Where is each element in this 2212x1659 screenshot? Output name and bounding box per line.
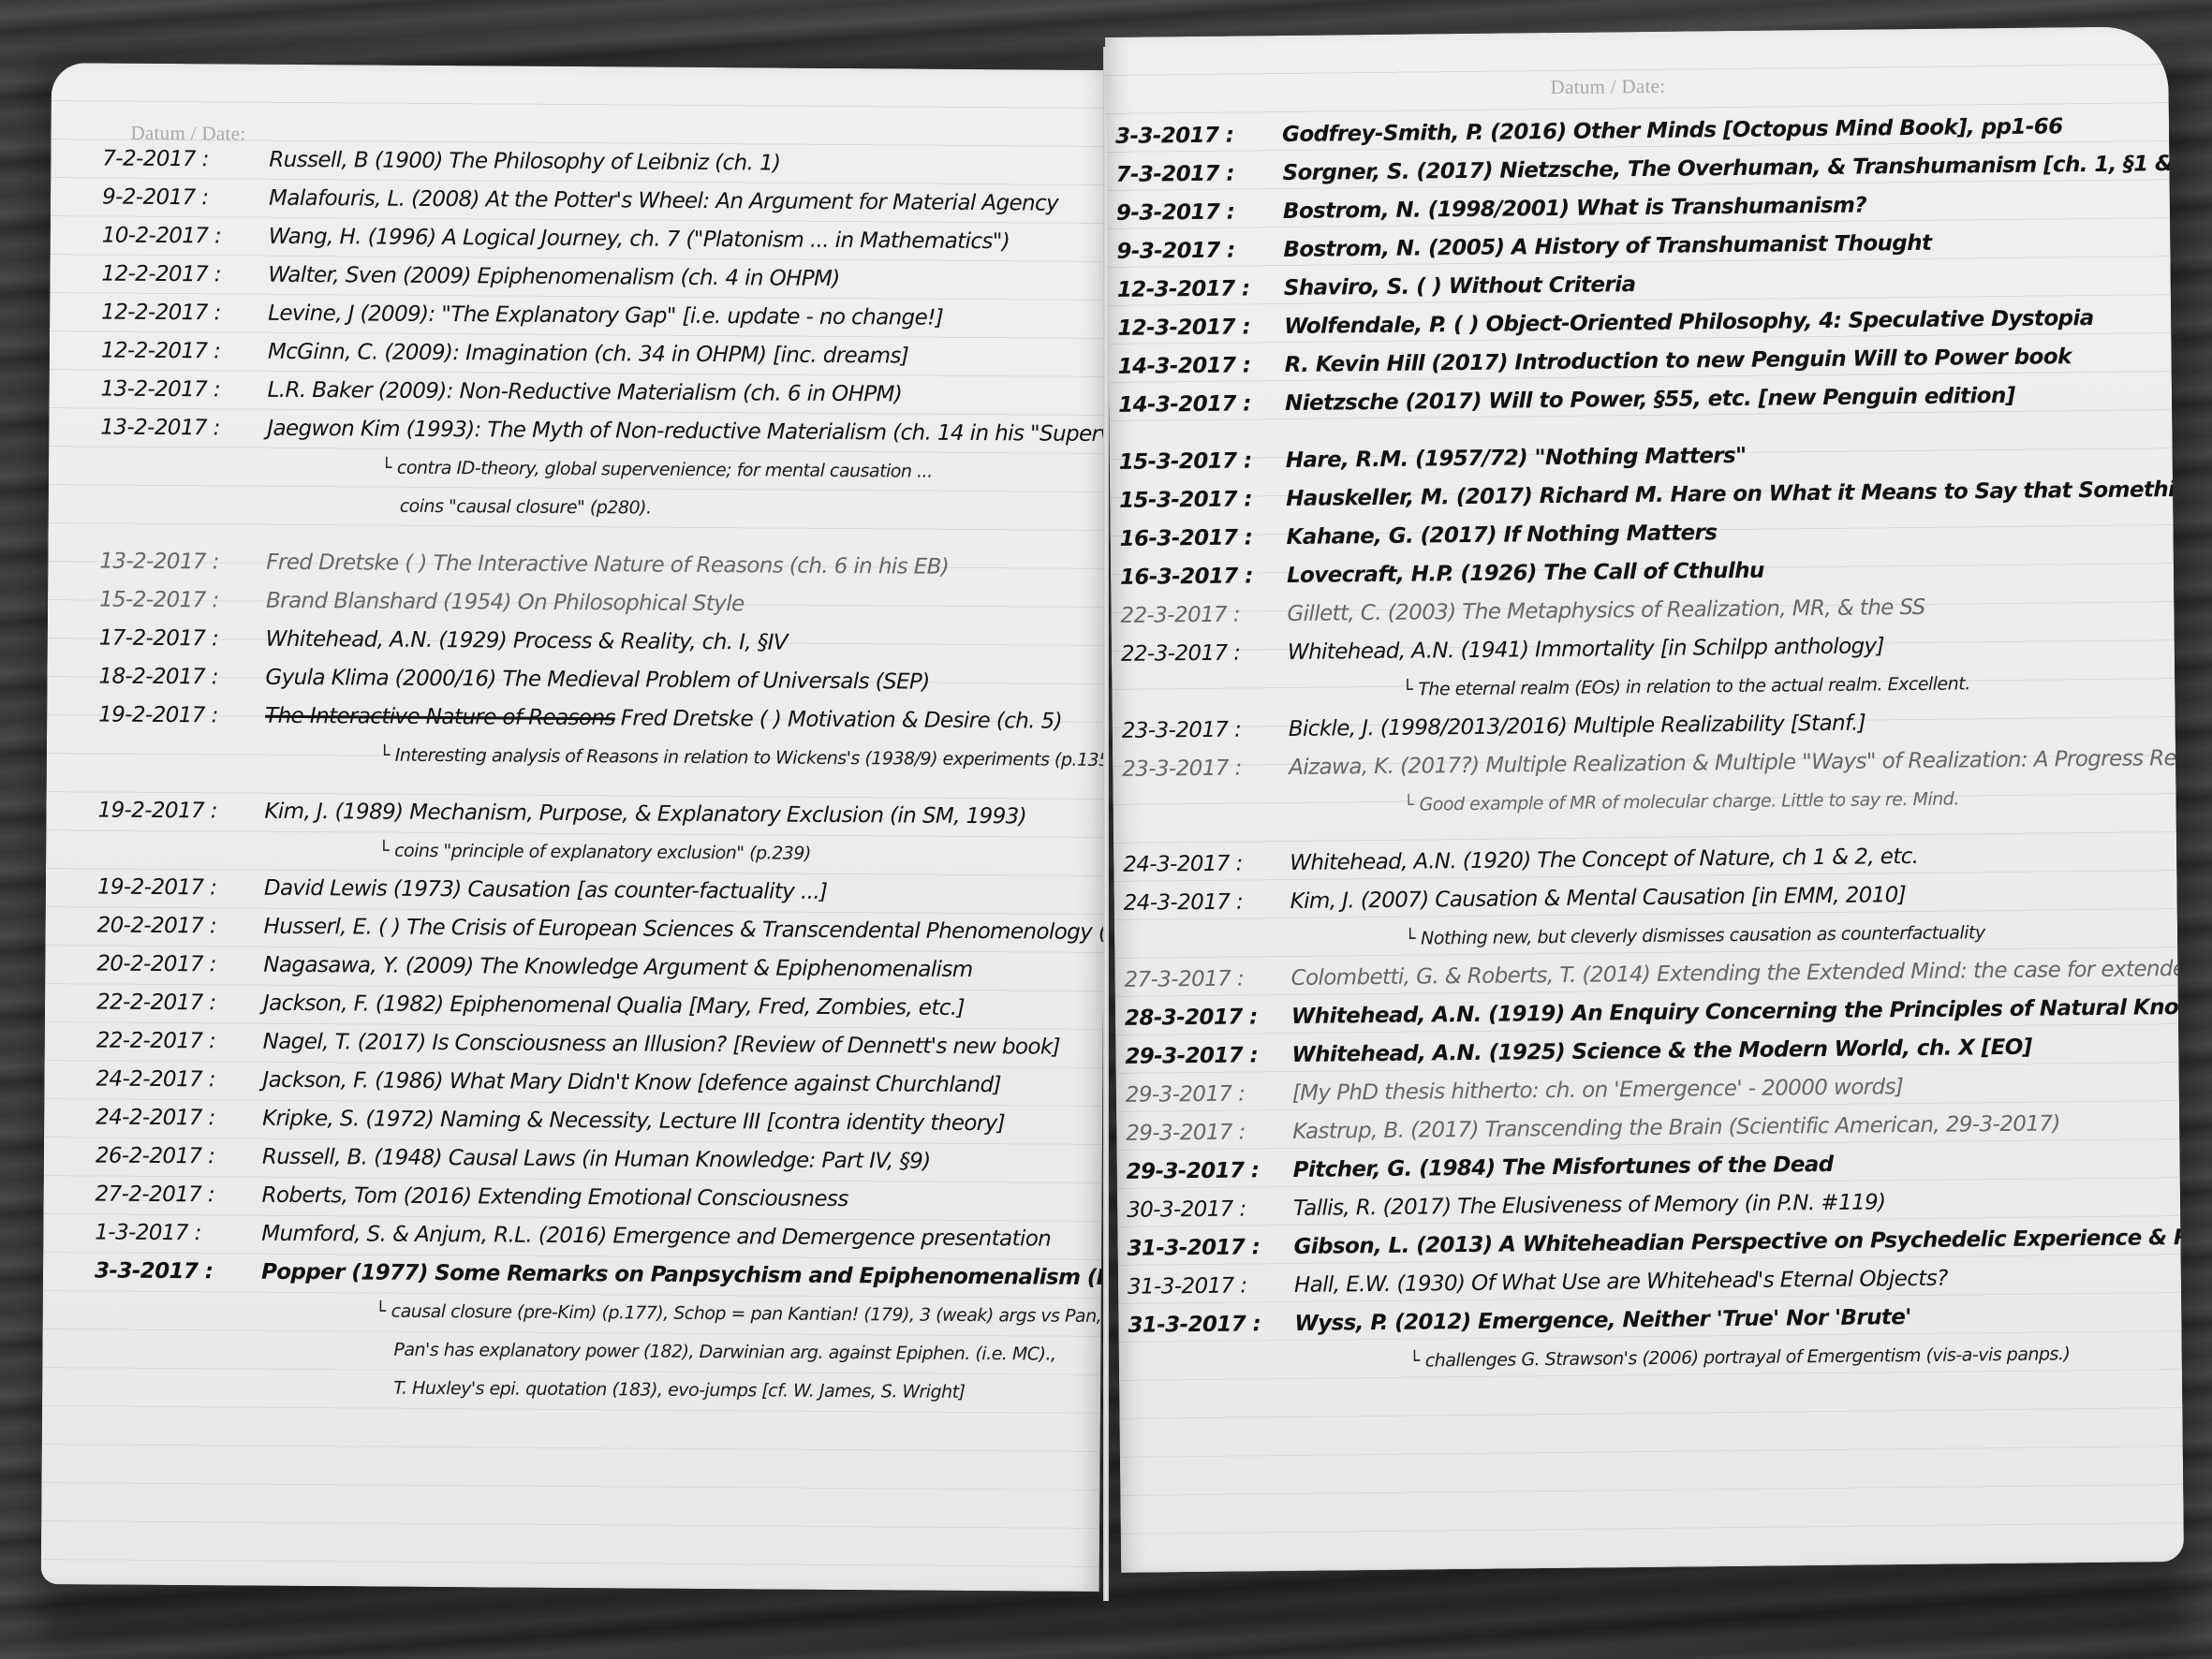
entry-date: 12-3-2017 : — [1117, 270, 1284, 310]
corner-arrow-icon: └ — [379, 745, 390, 766]
entry-citation: Bostrom, N. (1998/2001) What is Transhum… — [1283, 193, 1866, 224]
entry-note: T. Huxley's epi. quotation (183), evo-ju… — [94, 1367, 1084, 1412]
note-text: coins "principle of explanatory exclusio… — [394, 841, 811, 864]
entry-date: 22-3-2017 : — [1120, 595, 1287, 636]
notebook-right-page: Datum / Date: 3-3-2017 :Godfrey-Smith, P… — [1105, 26, 2184, 1573]
entry-date: 23-3-2017 : — [1122, 711, 1289, 751]
entry-citation: R. Kevin Hill (2017) Introduction to new… — [1285, 345, 2072, 377]
note-text: The eternal realm (EOs) in relation to t… — [1418, 673, 1970, 699]
entry-date: 7-2-2017 : — [102, 139, 269, 179]
struck-out-text: The Interactive Nature of Reasons — [265, 704, 615, 731]
note-text: coins "causal closure" (p280). — [400, 496, 652, 519]
notebook-left-page: Datum / Date: 7-2-2017 :Russell, B (1900… — [41, 63, 1110, 1592]
entry-citation: McGinn, C. (2009): Imagination (ch. 34 i… — [268, 340, 909, 369]
entry-date: 9-3-2017 : — [1116, 193, 1283, 233]
entry-citation: Kim, J. (2007) Causation & Mental Causat… — [1290, 883, 1907, 914]
entry-citation: Whitehead, A.N. (1941) Immortality [in S… — [1288, 634, 1884, 665]
date-header: Datum / Date: — [1550, 75, 1665, 99]
entry-citation: Gyula Klima (2000/16) The Medieval Probl… — [265, 666, 929, 695]
corner-arrow-icon: └ — [1402, 680, 1412, 700]
entry-citation: Hall, E.W. (1930) Of What Use are Whiteh… — [1294, 1267, 1948, 1298]
entry-date: 3-3-2017 : — [1115, 116, 1282, 156]
log-entry: 19-2-2017 :The Interactive Nature of Rea… — [98, 696, 1088, 741]
entry-date: 31-3-2017 : — [1128, 1267, 1294, 1307]
entry-citation: Kahane, G. (2017) If Nothing Matters — [1286, 521, 1717, 550]
entry-citation: Brand Blanshard (1954) On Philosophical … — [266, 589, 745, 617]
entry-citation: Russell, B. (1948) Causal Laws (in Human… — [262, 1145, 931, 1174]
note-text: Good example of MR of molecular charge. … — [1419, 788, 1959, 815]
entry-date: 19-2-2017 : — [97, 791, 264, 830]
entry-date: 3-3-2017 : — [95, 1252, 261, 1291]
entry-citation: Wolfendale, P. ( ) Object-Oriented Philo… — [1284, 306, 2094, 339]
corner-arrow-icon: └ — [376, 1301, 386, 1322]
entry-date: 29-3-2017 : — [1125, 1036, 1291, 1077]
entry-date: 23-3-2017 : — [1122, 749, 1289, 789]
entry-citation: Wang, H. (1996) A Logical Journey, ch. 7… — [269, 225, 1010, 255]
corner-arrow-icon: └ — [1405, 929, 1415, 949]
entry-citation: Gillett, C. (2003) The Metaphysics of Re… — [1287, 595, 1924, 626]
entry-date: 29-3-2017 : — [1126, 1075, 1292, 1115]
entry-date: 27-2-2017 : — [95, 1175, 261, 1214]
entry-date: 15-3-2017 : — [1119, 442, 1286, 482]
entry-date: 9-3-2017 : — [1116, 231, 1283, 272]
note-text: Nothing new, but cleverly dismisses caus… — [1421, 922, 1985, 948]
entry-date: 22-2-2017 : — [96, 1021, 263, 1061]
entry-citation: Gibson, L. (2013) A Whiteheadian Perspec… — [1293, 1223, 2184, 1259]
entry-citation: Wyss, P. (2012) Emergence, Neither 'True… — [1294, 1305, 1911, 1336]
entry-citation: Kastrup, B. (2017) Transcending the Brai… — [1292, 1111, 2060, 1144]
log-entry: 13-2-2017 :Jaegwon Kim (1993): The Myth … — [100, 408, 1090, 453]
entry-citation: Russell, B (1900) The Philosophy of Leib… — [269, 148, 780, 176]
entry-date: 24-2-2017 : — [96, 1098, 262, 1138]
entry-citation: Sorgner, S. (2017) Nietzsche, The Overhu… — [1282, 151, 2184, 185]
entry-list: 7-2-2017 :Russell, B (1900) The Philosop… — [42, 139, 1109, 1413]
entry-date: 24-3-2017 : — [1123, 883, 1290, 923]
entry-citation: [My PhD thesis hitherto: ch. on 'Emergen… — [1292, 1075, 1904, 1106]
entry-citation: David Lewis (1973) Causation [as counter… — [264, 876, 828, 904]
entry-date: 19-2-2017 : — [97, 868, 264, 907]
entry-date: 9-2-2017 : — [102, 178, 269, 217]
entry-date: 24-3-2017 : — [1123, 844, 1290, 885]
entry-citation: Tallis, R. (2017) The Elusiveness of Mem… — [1293, 1190, 1886, 1221]
entry-citation: Kripke, S. (1972) Naming & Necessity, Le… — [262, 1107, 1005, 1137]
corner-arrow-icon: └ — [378, 841, 389, 861]
corner-arrow-icon: └ — [381, 458, 391, 478]
entry-date: 16-3-2017 : — [1119, 519, 1286, 559]
log-entry: 20-2-2017 :Nagasawa, Y. (2009) The Knowl… — [96, 945, 1086, 990]
entry-citation: Kim, J. (1989) Mechanism, Purpose, & Exp… — [264, 800, 1026, 829]
note-text: causal closure (pre-Kim) (p.177), Schop … — [391, 1301, 1102, 1327]
entry-citation: Shaviro, S. ( ) Without Criteria — [1284, 272, 1636, 301]
entry-citation: Nagel, T. (2017) Is Consciousness an Ill… — [263, 1030, 1060, 1060]
entry-citation: Roberts, Tom (2016) Extending Emotional … — [261, 1183, 848, 1211]
entry-citation: L.R. Baker (2009): Non-Reductive Materia… — [268, 378, 903, 407]
entry-date: 13-2-2017 : — [99, 542, 266, 581]
entry-date: 16-3-2017 : — [1120, 557, 1287, 597]
entry-citation: Hauskeller, M. (2017) Richard M. Hare on… — [1286, 476, 2184, 511]
entry-citation: Levine, J (2009): "The Explanatory Gap" … — [268, 301, 943, 330]
entry-date: 31-3-2017 : — [1127, 1228, 1293, 1269]
entry-citation: Fred Dretske ( ) The Interactive Nature … — [266, 551, 949, 580]
entry-date: 22-2-2017 : — [96, 983, 263, 1022]
entry-date: 18-2-2017 : — [98, 657, 265, 697]
entry-citation: Colombetti, G. & Roberts, T. (2014) Exte… — [1290, 956, 2184, 991]
entry-date: 13-2-2017 : — [100, 408, 267, 448]
entry-citation: Whitehead, A.N. (1925) Science & the Mod… — [1291, 1035, 2032, 1067]
entry-date: 12-2-2017 : — [101, 255, 268, 294]
entry-citation: Nietzsche (2017) Will to Power, §55, etc… — [1285, 384, 2015, 416]
entry-citation: Nagasawa, Y. (2009) The Knowledge Argume… — [263, 953, 972, 982]
corner-arrow-icon: └ — [1409, 1351, 1420, 1372]
entry-date: 19-2-2017 : — [98, 696, 265, 735]
entry-list: 3-3-2017 :Godfrey-Smith, P. (2016) Other… — [1106, 107, 2182, 1384]
entry-date: 27-3-2017 : — [1124, 960, 1290, 1000]
log-entry: 19-2-2017 :Kim, J. (1989) Mechanism, Pur… — [97, 791, 1087, 836]
entry-citation: Whitehead, A.N. (1929) Process & Reality… — [266, 627, 788, 655]
entry-date: 1-3-2017 : — [95, 1213, 261, 1253]
entry-citation: Jackson, F. (1982) Epiphenomenal Qualia … — [263, 991, 965, 1020]
corner-arrow-icon: └ — [1403, 795, 1413, 815]
note-text: Pan's has explanatory power (182), Darwi… — [393, 1340, 1055, 1365]
entry-citation: Whitehead, A.N. (1919) An Enquiry Concer… — [1291, 992, 2184, 1029]
entry-date: 13-2-2017 : — [100, 370, 267, 409]
entry-date: 28-3-2017 : — [1125, 998, 1291, 1038]
note-text: Interesting analysis of Reasons in relat… — [395, 745, 1110, 771]
entry-date: 15-3-2017 : — [1119, 480, 1286, 521]
entry-date: 10-2-2017 : — [102, 216, 269, 256]
entry-date: 14-3-2017 : — [1117, 346, 1284, 387]
note-text: T. Huxley's epi. quotation (183), evo-ju… — [393, 1378, 965, 1402]
entry-date: 12-2-2017 : — [101, 331, 268, 371]
entry-citation: Pitcher, G. (1984) The Misfortunes of th… — [1293, 1152, 1834, 1182]
log-entry: 3-3-2017 :Popper (1977) Some Remarks on … — [95, 1252, 1084, 1297]
entry-date: 31-3-2017 : — [1128, 1305, 1294, 1345]
entry-citation: Malafouris, L. (2008) At the Potter's Wh… — [269, 186, 1058, 216]
entry-date: 17-2-2017 : — [99, 619, 266, 658]
entry-citation: Hare, R.M. (1957/72) "Nothing Matters" — [1286, 444, 1747, 473]
entry-citation: Jackson, F. (1986) What Mary Didn't Know… — [262, 1068, 1001, 1098]
entry-citation: Aizawa, K. (2017?) Multiple Realization … — [1289, 743, 2184, 780]
entry-citation: Husserl, E. ( ) The Crisis of European S… — [264, 915, 1110, 946]
entry-date: 29-3-2017 : — [1126, 1113, 1292, 1153]
entry-citation: Fred Dretske ( ) Motivation & Desire (ch… — [621, 706, 1062, 733]
entry-date: 24-2-2017 : — [96, 1060, 262, 1099]
note-text: contra ID-theory, global supervenience; … — [397, 458, 933, 482]
entry-citation: Jaegwon Kim (1993): The Myth of Non-redu… — [267, 417, 1110, 448]
entry-date: 22-3-2017 : — [1121, 634, 1288, 674]
entry-citation: Whitehead, A.N. (1920) The Concept of Na… — [1290, 844, 1918, 875]
entry-date: 12-2-2017 : — [101, 293, 268, 332]
entry-citation: Godfrey-Smith, P. (2016) Other Minds [Oc… — [1282, 114, 2063, 147]
entry-date: 29-3-2017 : — [1126, 1152, 1292, 1192]
entry-date: 7-3-2017 : — [1115, 154, 1282, 195]
entry-citation: Lovecraft, H.P. (1926) The Call of Cthul… — [1287, 559, 1764, 588]
entry-citation: Bickle, J. (1998/2013/2016) Multiple Rea… — [1289, 712, 1866, 741]
entry-date: 20-2-2017 : — [96, 906, 263, 946]
entry-date: 14-3-2017 : — [1118, 385, 1285, 425]
entry-date: 26-2-2017 : — [96, 1137, 262, 1176]
entry-date: 20-2-2017 : — [96, 945, 263, 984]
entry-date: 12-3-2017 : — [1117, 308, 1284, 348]
entry-citation: Mumford, S. & Anjum, R.L. (2016) Emergen… — [261, 1222, 1051, 1252]
note-text: challenges G. Strawson's (2006) portraya… — [1425, 1343, 2071, 1371]
entry-date: 15-2-2017 : — [99, 580, 266, 620]
entry-citation: Popper (1977) Some Remarks on Panpsychis… — [261, 1260, 1110, 1291]
entry-date: 30-3-2017 : — [1127, 1190, 1293, 1230]
entry-citation: Walter, Sven (2009) Epiphenomenalism (ch… — [268, 263, 839, 291]
entry-citation: Bostrom, N. (2005) A History of Transhum… — [1283, 231, 1931, 262]
